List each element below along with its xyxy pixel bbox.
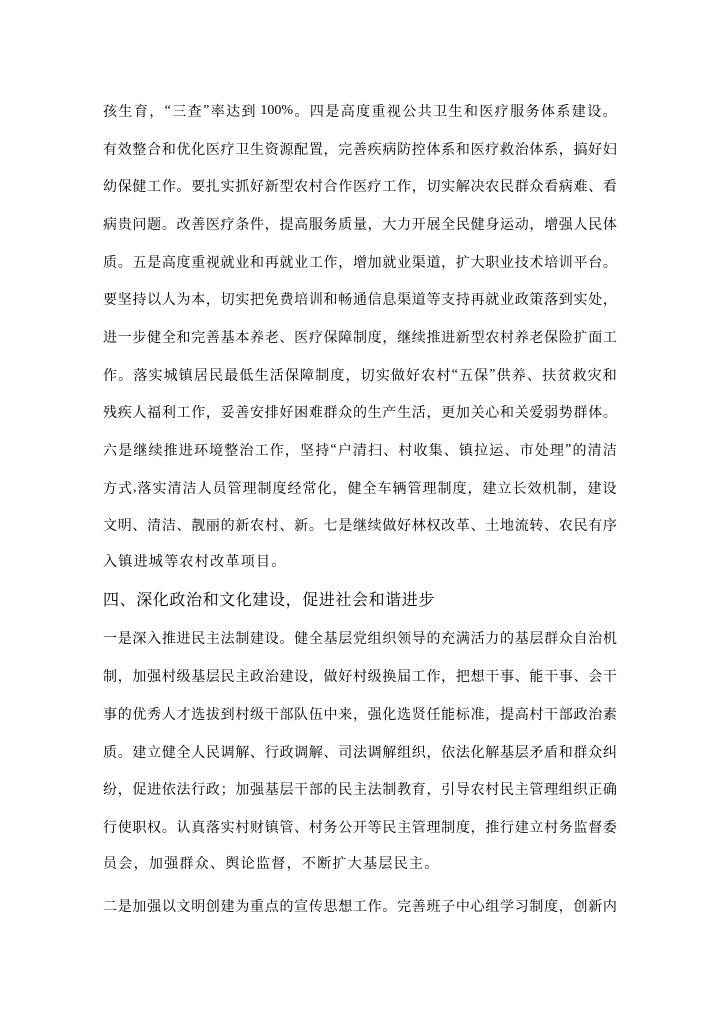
- text-line: 六是继续推进环境整治工作，坚持“户清扫、村收集、镇拉运、市处理”的清洁: [103, 431, 617, 469]
- text-line: 质。五是高度重视就业和再就业工作，增加就业渠道，扩大职业技术培训平台。: [103, 243, 617, 281]
- document-body: 孩生育，“三查”率达到 100%。四是高度重视公共卫生和医疗服务体系建设。 有效…: [103, 92, 617, 925]
- text-line: 要坚持以人为本，切实把免费培训和畅通信息渠道等支持再就业政策落到实处，: [103, 280, 617, 318]
- text-line: 方式,落实清洁人员管理制度经常化，健全车辆管理制度，建立长效机制，建设: [103, 469, 617, 507]
- text-line: 质。建立健全人民调解、行政调解、司法调解组织，依法化解基层矛盾和群众纠: [103, 733, 617, 771]
- text-line: 幼保健工作。要扎实抓好新型农村合作医疗工作，切实解决农民群众看病难、看: [103, 167, 617, 205]
- section-heading: 四、深化政治和文化建设，促进社会和谐进步: [103, 582, 617, 620]
- text-line: 二是加强以文明创建为重点的宣传思想工作。完善班子中心组学习制度，创新内: [103, 887, 617, 925]
- text-line: 孩生育，“三查”率达到 100%。四是高度重视公共卫生和医疗服务体系建设。: [103, 92, 617, 130]
- text-line: 行使职权。认真落实村财镇管、村务公开等民主管理制度，推行建立村务监督委: [103, 808, 617, 846]
- text-line: 制，加强村级基层民主政治建设，做好村级换届工作，把想干事、能干事、会干: [103, 657, 617, 695]
- document-page: 孩生育，“三查”率达到 100%。四是高度重视公共卫生和医疗服务体系建设。 有效…: [0, 0, 721, 1020]
- paragraph-end-line: 入镇进城等农村改革项目。: [103, 544, 617, 582]
- text-line: 病贵问题。改善医疗条件，提高服务质量，大力开展全民健身运动，增强人民体: [103, 205, 617, 243]
- text-line: 有效整合和优化医疗卫生资源配置，完善疾病防控体系和医疗救治体系，搞好妇: [103, 130, 617, 168]
- paragraph-end-line: 员会，加强群众、舆论监督，不断扩大基层民主。: [103, 846, 617, 884]
- text-line: 进一步健全和完善基本养老、医疗保障制度，继续推进新型农村养老保险扩面工: [103, 318, 617, 356]
- text-line: 一是深入推进民主法制建设。健全基层党组织领导的充满活力的基层群众自治机: [103, 620, 617, 658]
- text-line: 纷，促进依法行政；加强基层干部的民主法制教育，引导农村民主管理组织正确: [103, 770, 617, 808]
- text-line: 事的优秀人才选拔到村级干部队伍中来，强化选贤任能标准，提高村干部政治素: [103, 695, 617, 733]
- text-line: 作。落实城镇居民最低生活保障制度，切实做好农村“五保”供养、扶贫救灾和: [103, 356, 617, 394]
- text-line: 残疾人福利工作，妥善安排好困难群众的生产生活，更加关心和关爱弱势群体。: [103, 394, 617, 432]
- text-line: 文明、清洁、靓丽的新农村、新。七是继续做好林权改革、土地流转、农民有序: [103, 507, 617, 545]
